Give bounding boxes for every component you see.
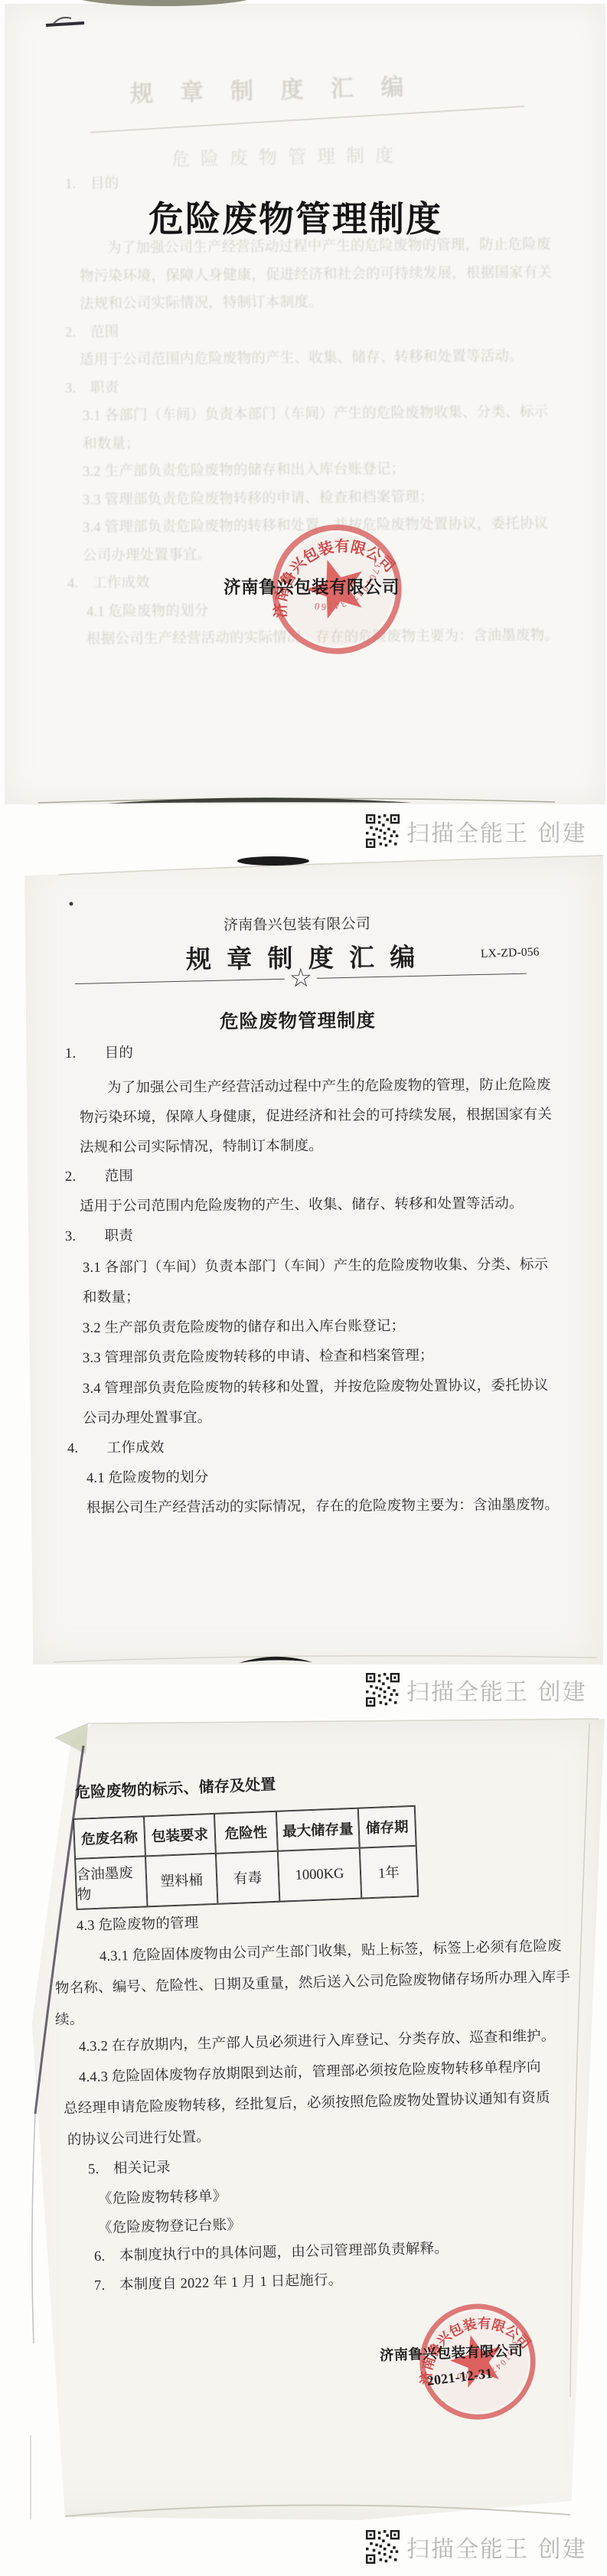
table-header-cell: 危险性	[214, 1811, 278, 1854]
text-line: 3.1 各部门（车间）负责本部门（车间）产生的危险废物收集、分类、标示	[83, 1254, 548, 1277]
table-header-cell: 储存期	[358, 1806, 416, 1848]
text-line: 公司办理处置事宜。	[83, 1407, 211, 1427]
text-line: 1. 目的	[65, 1042, 133, 1062]
table-cell: 含油墨废物	[75, 1856, 147, 1909]
qr-code-icon	[366, 1673, 400, 1707]
watermark-label: 扫描全能王 创建	[406, 1673, 587, 1707]
text-line: 5. 相关记录	[88, 2157, 171, 2178]
doc-code: LX-ZD-056	[481, 945, 540, 961]
qr-code-icon	[366, 814, 400, 848]
hazard-waste-table: 危废名称 包装要求 危险性 最大储存量 储存期 含油墨废物 塑料桶 有毒 100…	[73, 1805, 419, 1910]
text-line: 为了加强公司生产经营活动过程中产生的危险废物的管理，防止危险废	[107, 1074, 551, 1097]
camscanner-watermark: 扫描全能王 创建	[366, 814, 587, 848]
text-line: 4. 工作成效	[67, 1436, 165, 1457]
document-title: 危险废物管理制度	[220, 1006, 376, 1034]
bleed-line: 法规和公司实际情况，特制订本制度。	[80, 291, 323, 313]
star-icon: ☆	[284, 965, 317, 992]
watermark-label: 扫描全能王 创建	[406, 814, 587, 848]
bleed-line: 适用于公司范围内危险废物的产生、收集、储存、转移和处置等活动。	[80, 345, 524, 369]
bleed-line: 3.2 生产部负责危险废物的储存和出入库台账登记；	[83, 458, 405, 481]
text-line: 2. 范围	[65, 1165, 133, 1185]
bleed-line: 3.1 各部门（车间）负责本部门（车间）产生的危险废物收集、分类、标示	[83, 401, 548, 425]
text-line: 《危险废物转移单》	[98, 2185, 227, 2208]
text-line: 续。	[55, 2008, 84, 2029]
text-line: 的协议公司进行处置。	[67, 2126, 211, 2149]
camscanner-watermark: 扫描全能王 创建	[366, 1673, 587, 1707]
text-line: 适用于公司范围内危险废物的产生、收集、储存、转移和处置等活动。	[80, 1192, 524, 1215]
text-line: 3.2 生产部负责危险废物的储存和出入库台账登记；	[83, 1315, 405, 1337]
bleed-line: 1. 目的	[65, 172, 119, 193]
watermark-label: 扫描全能王 创建	[406, 2530, 587, 2564]
table-header-cell: 最大储存量	[276, 1808, 360, 1851]
text-line: 物污染环境，保障人身健康，促进经济和社会的可持续发展，根据国家有关	[80, 1104, 552, 1127]
bleed-line: 和数量；	[83, 432, 140, 453]
camscanner-watermark: 扫描全能王 创建	[366, 2530, 587, 2564]
header-company-name: 济南鲁兴包装有限公司	[224, 912, 370, 934]
text-line: 4.1 危险废物的划分	[86, 1466, 209, 1487]
bleed-line: 4.1 危险废物的划分	[86, 600, 209, 621]
table-cell: 1年	[360, 1846, 418, 1899]
text-line: 和数量；	[83, 1286, 140, 1306]
table-cell: 1000KG	[278, 1848, 361, 1902]
table-header-cell: 危废名称	[73, 1816, 145, 1858]
bleed-line: 物污染环境，保障人身健康，促进经济和社会的可持续发展，根据国家有关	[80, 262, 552, 285]
bleed-line: 4. 工作成效	[67, 572, 150, 592]
bleed-line: 危险废物管理制度	[171, 140, 405, 171]
company-name-overlay: 济南鲁兴包装有限公司	[224, 574, 400, 598]
text-line: 3.4 管理部负责危险废物的转移和处置，并按危险废物处置协议，委托协议	[83, 1374, 548, 1397]
text-line: 3.3 管理部负责危险废物转移的申请、检查和档案管理；	[83, 1345, 434, 1367]
cover-title: 危险废物管理制度	[148, 191, 442, 242]
text-line: 根据公司生产经营活动的实际情况，存在的危险废物主要为：含油墨废物。	[86, 1494, 559, 1517]
table-cell: 塑料桶	[145, 1854, 217, 1906]
bleed-line: 2. 范围	[65, 321, 119, 341]
qr-code-icon	[366, 2530, 400, 2564]
text-line: 4.3 危险废物的管理	[77, 1912, 199, 1935]
table-cell: 有毒	[216, 1851, 279, 1904]
text-line: 《危险废物登记台账》	[98, 2214, 242, 2237]
bleed-line: 公司办理处置事宜。	[83, 544, 212, 565]
scanned-document: 规 章 制 度 汇 编 危险废物管理制度 1. 目的 为了加强公司生产经营活动过…	[0, 0, 607, 2576]
text-line: 3. 职责	[65, 1224, 133, 1245]
text-line: 法规和公司实际情况，特制订本制度。	[80, 1135, 323, 1156]
bleed-line: 3. 职责	[65, 377, 119, 397]
table-header-cell: 包装要求	[144, 1814, 216, 1856]
